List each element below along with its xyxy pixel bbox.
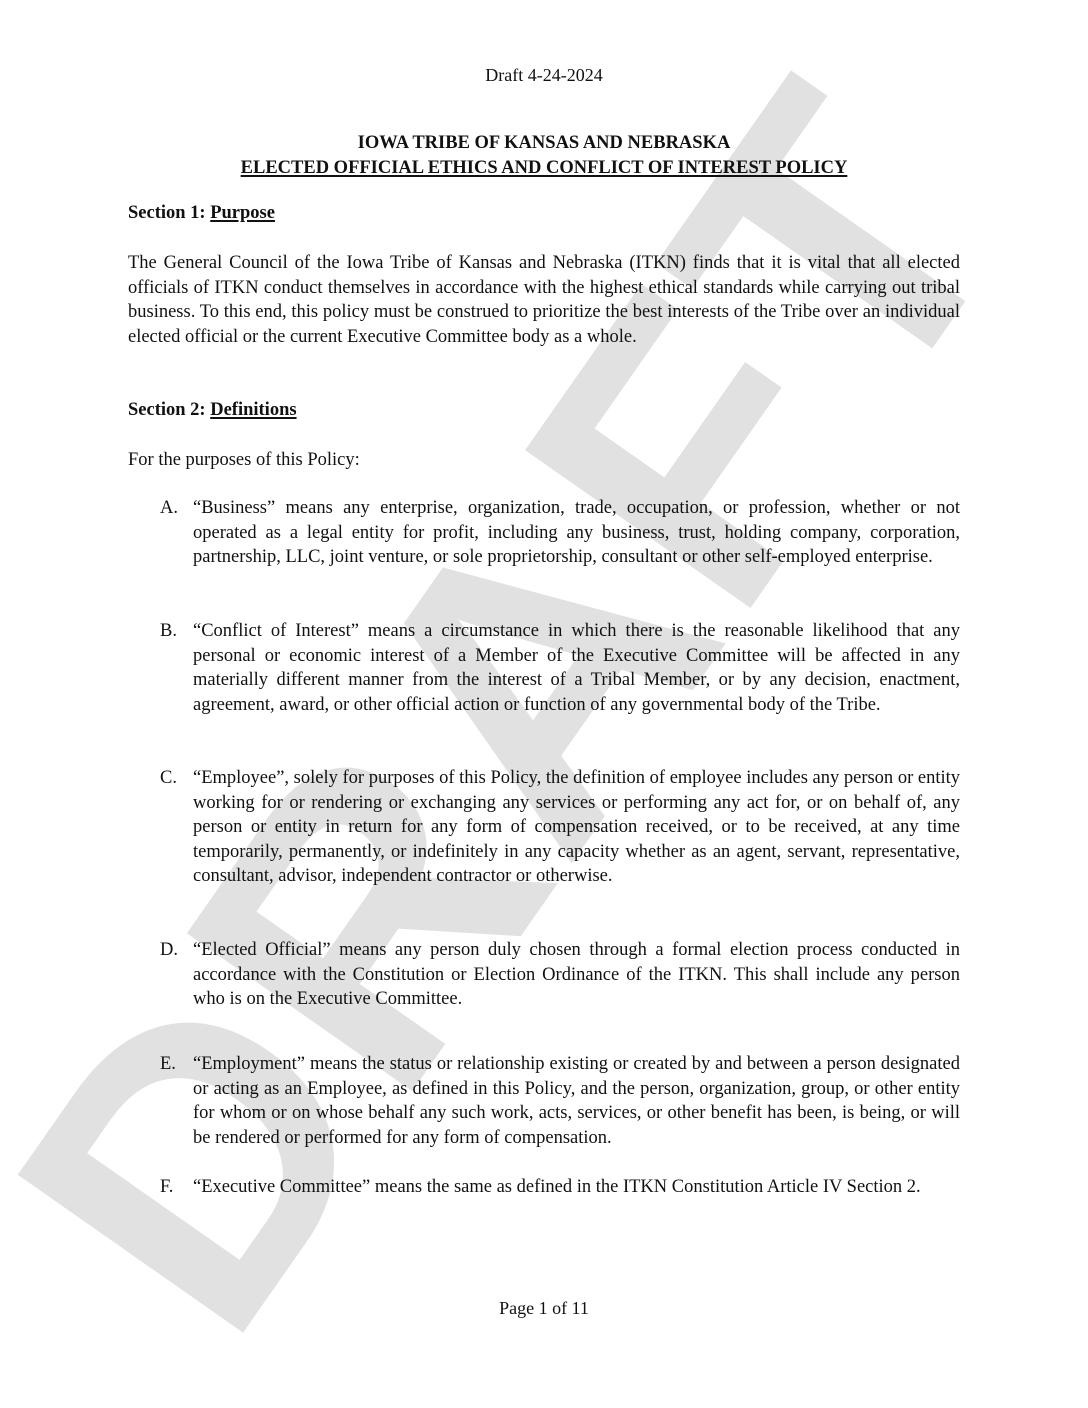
definition-item-b: B. “Conflict of Interest” means a circum… — [160, 619, 960, 717]
item-text: “Employment” means the status or relatio… — [193, 1052, 960, 1150]
item-letter: D. — [160, 938, 193, 1012]
title-line-2: ELECTED OFFICIAL ETHICS AND CONFLICT OF … — [0, 156, 1088, 181]
definition-item-c: C. “Employee”, solely for purposes of th… — [160, 766, 960, 889]
definition-item-e: E. “Employment” means the status or rela… — [160, 1052, 960, 1150]
definition-item-d: D. “Elected Official” means any person d… — [160, 938, 960, 1012]
item-text: “Employee”, solely for purposes of this … — [193, 766, 960, 889]
page-content: Draft 4-24-2024 IOWA TRIBE OF KANSAS AND… — [0, 0, 1088, 1408]
definition-item-a: A. “Business” means any enterprise, orga… — [160, 496, 960, 570]
section-1-heading: Section 1: Purpose — [128, 201, 960, 226]
item-text: “Business” means any enterprise, organiz… — [193, 496, 960, 570]
section-1-body: The General Council of the Iowa Tribe of… — [128, 251, 960, 349]
item-letter: E. — [160, 1052, 193, 1150]
document-page: DRAFT Draft 4-24-2024 IOWA TRIBE OF KANS… — [0, 0, 1088, 1408]
item-letter: C. — [160, 766, 193, 889]
item-text: “Executive Committee” means the same as … — [193, 1175, 960, 1200]
page-number: Page 1 of 11 — [0, 1298, 1088, 1319]
section-2-intro: For the purposes of this Policy: — [128, 448, 960, 473]
item-text: “Elected Official” means any person duly… — [193, 938, 960, 1012]
item-letter: F. — [160, 1175, 193, 1200]
title-line-1: IOWA TRIBE OF KANSAS AND NEBRASKA — [0, 131, 1088, 156]
section-2-heading: Section 2: Definitions — [128, 398, 960, 423]
item-letter: A. — [160, 496, 193, 570]
item-letter: B. — [160, 619, 193, 717]
item-text: “Conflict of Interest” means a circumsta… — [193, 619, 960, 717]
draft-date-header: Draft 4-24-2024 — [0, 65, 1088, 86]
definition-item-f: F. “Executive Committee” means the same … — [160, 1175, 960, 1200]
document-title: IOWA TRIBE OF KANSAS AND NEBRASKA ELECTE… — [0, 131, 1088, 181]
